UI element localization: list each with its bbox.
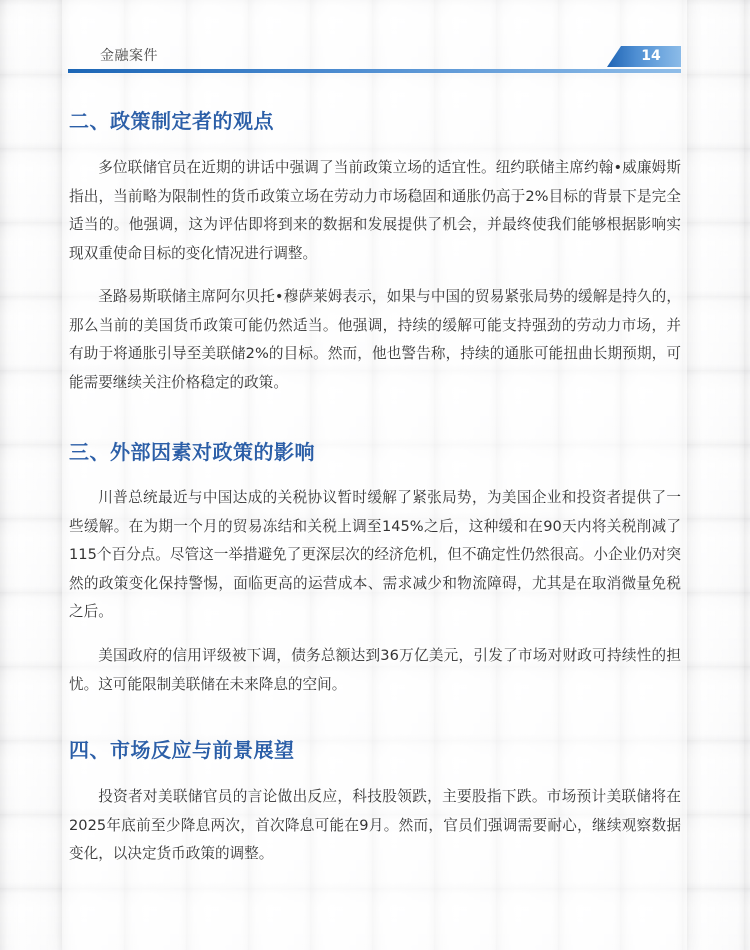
section-heading-market-outlook: 四、市场反应与前景展望 bbox=[69, 733, 681, 767]
running-header-title: 金融案件 bbox=[100, 45, 158, 65]
paragraph-williams: 多位联储官员在近期的讲话中强调了当前政策立场的适宜性。纽约联储主席约翰•威廉姆斯… bbox=[69, 154, 681, 268]
header-divider bbox=[68, 69, 681, 73]
paragraph-credit-rating: 美国政府的信用评级被下调，债务总额达到36万亿美元，引发了市场对财政可持续性的担… bbox=[69, 642, 681, 699]
paragraph-musalem: 圣路易斯联储主席阿尔贝托•穆萨莱姆表示，如果与中国的贸易紧张局势的缓解是持久的，… bbox=[69, 283, 681, 397]
page-number: 14 bbox=[607, 46, 687, 67]
section-heading-policymakers: 二、政策制定者的观点 bbox=[69, 104, 681, 138]
paragraph-market-reaction: 投资者对美联储官员的言论做出反应，科技股领跌，主要股指下跌。市场预计美联储将在2… bbox=[69, 783, 681, 869]
paragraph-tariff-agreement: 川普总统最近与中国达成的关税协议暂时缓解了紧张局势，为美国企业和投资者提供了一些… bbox=[69, 484, 681, 627]
section-heading-external-factors: 三、外部因素对政策的影响 bbox=[69, 435, 681, 469]
